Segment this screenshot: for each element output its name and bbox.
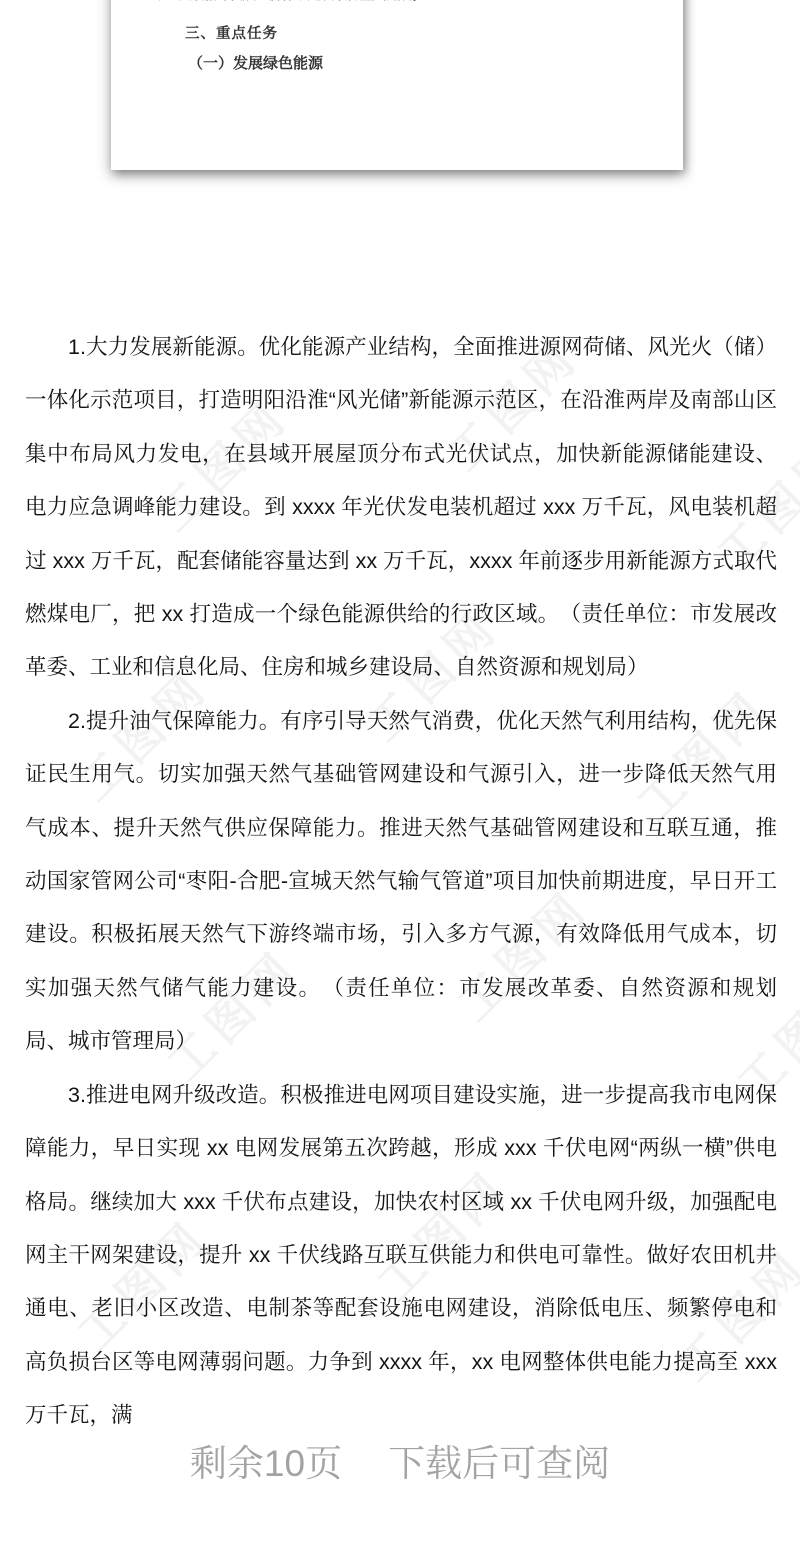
footer-note: 剩余10页 下载后可查阅	[0, 1441, 800, 1487]
clipped-text-line: 绿色低碳循环发展经济体系建设取得重大进展。	[152, 0, 425, 3]
document-body: 1.大力发展新能源。优化能源产业结构，全面推进源网荷储、风光火（储）一体化示范项…	[25, 321, 777, 1443]
paragraph-oil-gas: 2.提升油气保障能力。有序引导天然气消费，优化天然气利用结构，优先保证民生用气。…	[25, 695, 777, 1069]
paragraph-new-energy: 1.大力发展新能源。优化能源产业结构，全面推进源网荷储、风光火（储）一体化示范项…	[25, 321, 777, 695]
remaining-pages-label: 剩余10页	[190, 1441, 342, 1487]
download-hint-label: 下载后可查阅	[388, 1441, 610, 1487]
document-page-fragment: 绿色低碳循环发展经济体系建设取得重大进展。 三、重点任务 （一）发展绿色能源	[111, 0, 683, 170]
paragraph-power-grid: 3.推进电网升级改造。积极推进电网项目建设实施，进一步提高我市电网保障能力，早日…	[25, 1069, 777, 1443]
section-heading: 三、重点任务	[185, 25, 278, 43]
document-preview-page: { "page_fragment": { "clipped_line": "绿色…	[0, 0, 800, 1545]
subsection-heading: （一）发展绿色能源	[188, 55, 323, 73]
